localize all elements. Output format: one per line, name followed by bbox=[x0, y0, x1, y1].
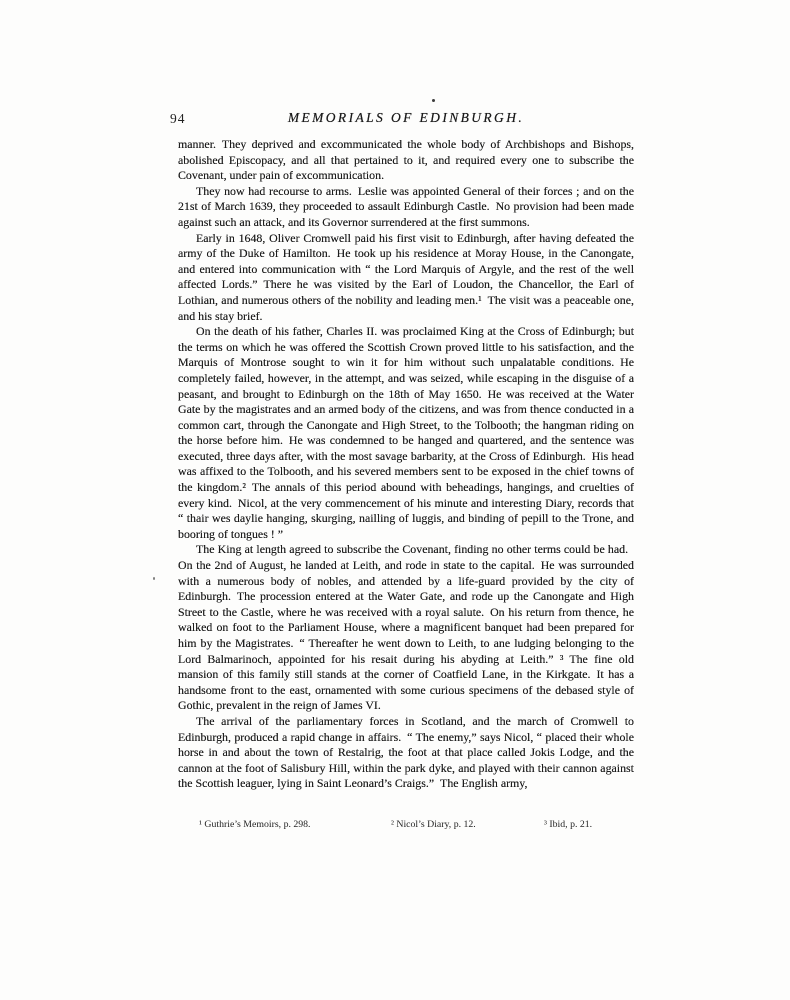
footnote-1: ¹ Guthrie’s Memoirs, p. 298. bbox=[199, 819, 311, 830]
footnote-3: ³ Ibid, p. 21. bbox=[544, 819, 592, 830]
body-paragraph-3: Early in 1648, Oliver Cromwell paid his … bbox=[178, 231, 634, 325]
footnotes: ¹ Guthrie’s Memoirs, p. 298. ² Nicol’s D… bbox=[178, 819, 634, 835]
running-title: MEMORIALS OF EDINBURGH. bbox=[178, 110, 634, 126]
page-body: manner. They deprived and excommunicated… bbox=[178, 137, 634, 792]
body-paragraph-2: They now had recourse to arms. Leslie wa… bbox=[178, 184, 634, 231]
body-paragraph-5: The King at length agreed to subscribe t… bbox=[178, 542, 634, 714]
scan-speck bbox=[432, 99, 435, 102]
body-paragraph-6: The arrival of the parliamentary forces … bbox=[178, 714, 634, 792]
body-paragraph-1: manner. They deprived and excommunicated… bbox=[178, 137, 634, 184]
scan-speck bbox=[153, 577, 155, 580]
scanned-book-page: 94 MEMORIALS OF EDINBURGH. manner. They … bbox=[0, 0, 790, 1000]
footnote-2: ² Nicol’s Diary, p. 12. bbox=[391, 819, 476, 830]
body-paragraph-4: On the death of his father, Charles II. … bbox=[178, 324, 634, 542]
